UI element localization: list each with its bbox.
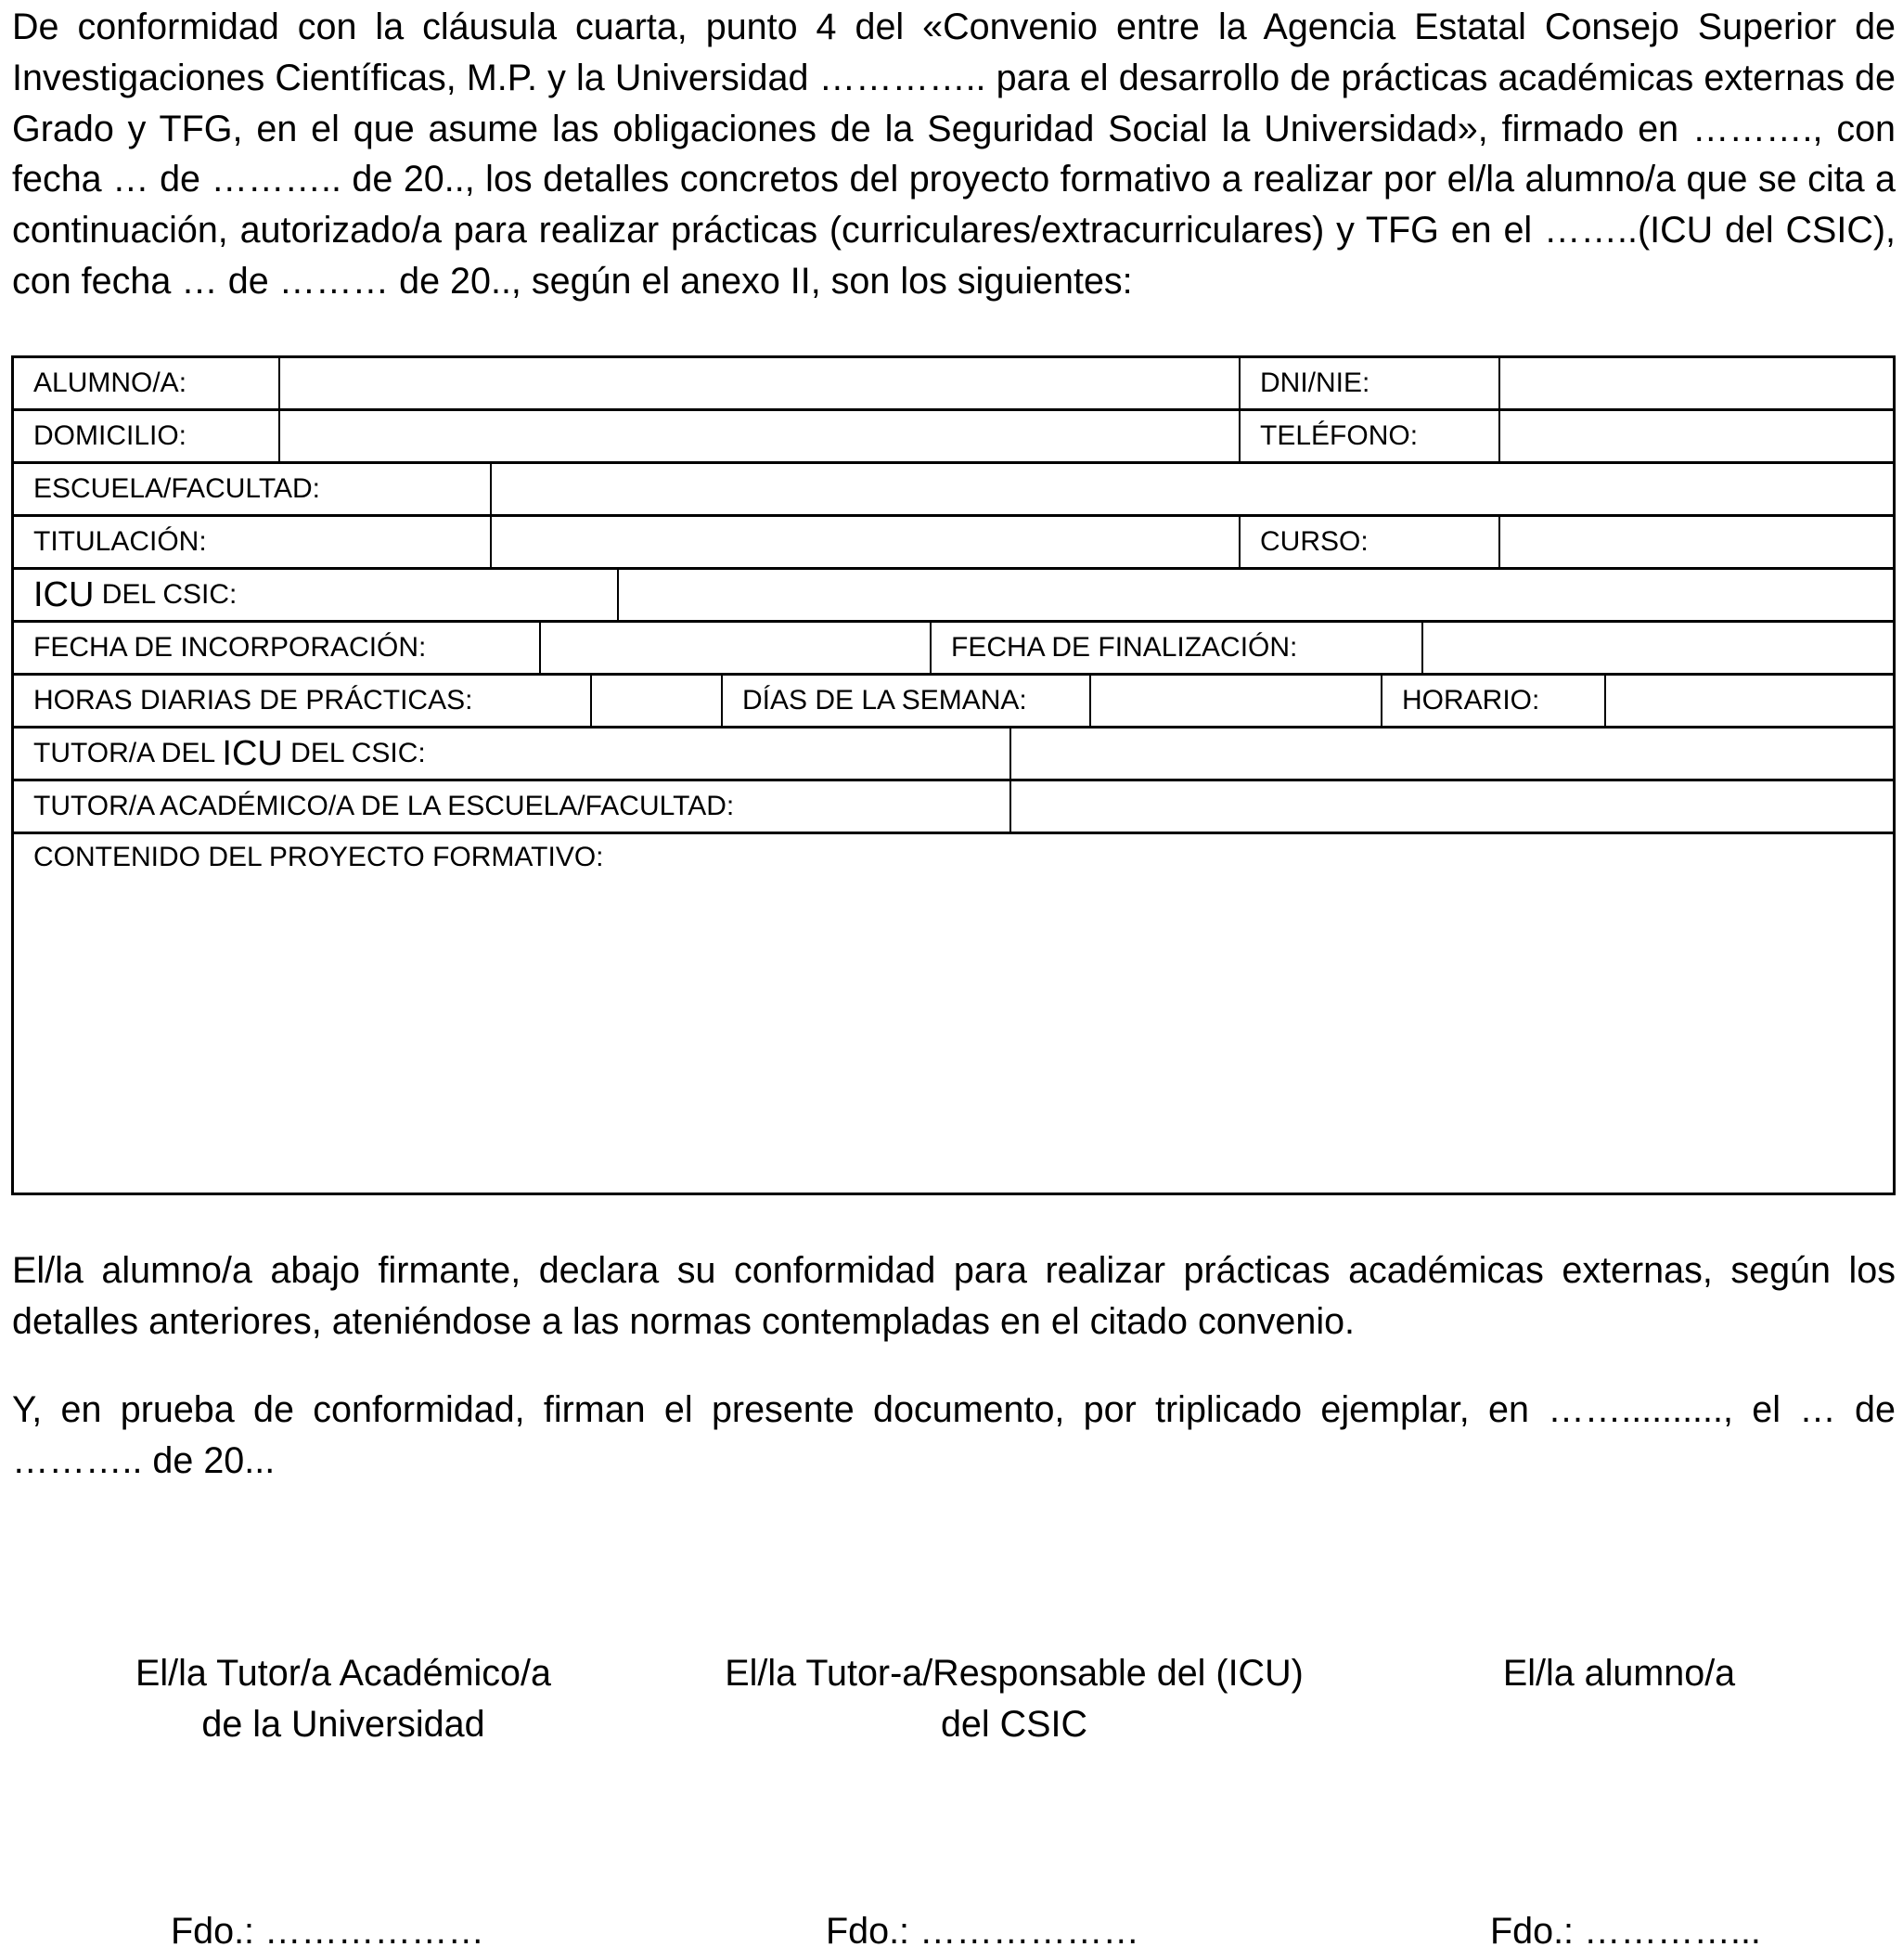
domicilio-field[interactable] <box>280 411 1241 464</box>
signing-paragraph: Y, en prueba de conformidad, firman el p… <box>12 1385 1896 1487</box>
curso-field[interactable] <box>1500 517 1893 570</box>
alumno-field[interactable] <box>280 358 1241 411</box>
signature-title-line2: del CSIC <box>680 1699 1348 1750</box>
horario-field[interactable] <box>1606 676 1893 729</box>
dni-field[interactable] <box>1500 358 1893 411</box>
fecha-incorporacion-label: FECHA DE INCORPORACIÓN: <box>14 623 541 676</box>
signature-line-academic-tutor[interactable]: Fdo.: ……………… <box>171 1906 484 1956</box>
domicilio-label: DOMICILIO: <box>14 411 280 464</box>
contenido-field[interactable]: CONTENIDO DEL PROYECTO FORMATIVO: <box>14 834 1893 1193</box>
conformity-paragraph: El/la alumno/a abajo firmante, declara s… <box>12 1245 1896 1347</box>
signature-title-line1: El/la Tutor/a Académico/a <box>93 1648 594 1699</box>
tutor-icu-label-acronym: ICU <box>222 734 282 774</box>
escuela-field[interactable] <box>492 464 1893 517</box>
tutor-academico-field[interactable] <box>1011 781 1893 834</box>
icu-label: ICU DEL CSIC: <box>14 570 619 623</box>
signature-title-student: El/la alumno/a <box>1447 1648 1791 1699</box>
signature-title-line1: El/la Tutor-a/Responsable del (ICU) <box>680 1648 1348 1699</box>
fecha-finalizacion-field[interactable] <box>1423 623 1893 676</box>
training-project-form: ALUMNO/A: DNI/NIE: DOMICILIO: TELÉFONO: … <box>11 355 1896 1195</box>
signature-title-csic-tutor: El/la Tutor-a/Responsable del (ICU) del … <box>680 1648 1348 1750</box>
titulacion-field[interactable] <box>492 517 1241 570</box>
curso-label: CURSO: <box>1241 517 1500 570</box>
dias-semana-field[interactable] <box>1091 676 1382 729</box>
icu-label-acronym: ICU <box>33 575 94 615</box>
signature-line-csic-tutor[interactable]: Fdo.: ……………… <box>826 1906 1139 1956</box>
horas-diarias-field[interactable] <box>592 676 723 729</box>
signature-title-academic-tutor: El/la Tutor/a Académico/a de la Universi… <box>93 1648 594 1750</box>
tutor-icu-label: TUTOR/A DEL ICU DEL CSIC: <box>14 729 1011 781</box>
telefono-label: TELÉFONO: <box>1241 411 1500 464</box>
tutor-icu-label-pre: TUTOR/A DEL <box>33 738 222 769</box>
horario-label: HORARIO: <box>1382 676 1606 729</box>
signature-title-line2: de la Universidad <box>93 1699 594 1750</box>
tutor-icu-field[interactable] <box>1011 729 1893 781</box>
fecha-finalizacion-label: FECHA DE FINALIZACIÓN: <box>932 623 1423 676</box>
intro-paragraph: De conformidad con la cláusula cuarta, p… <box>12 2 1896 307</box>
alumno-label: ALUMNO/A: <box>14 358 280 411</box>
icu-field[interactable] <box>619 570 1893 623</box>
titulacion-label: TITULACIÓN: <box>14 517 492 570</box>
contenido-label: CONTENIDO DEL PROYECTO FORMATIVO: <box>33 842 604 873</box>
horas-diarias-label: HORAS DIARIAS DE PRÁCTICAS: <box>14 676 592 729</box>
tutor-icu-label-post: DEL CSIC: <box>283 738 426 769</box>
fecha-incorporacion-field[interactable] <box>541 623 932 676</box>
icu-label-rest: DEL CSIC: <box>94 579 237 611</box>
escuela-label: ESCUELA/FACULTAD: <box>14 464 492 517</box>
dni-label: DNI/NIE: <box>1241 358 1500 411</box>
telefono-field[interactable] <box>1500 411 1893 464</box>
signature-line-student[interactable]: Fdo.: …………... <box>1490 1906 1761 1956</box>
tutor-academico-label: TUTOR/A ACADÉMICO/A DE LA ESCUELA/FACULT… <box>14 781 1011 834</box>
dias-semana-label: DÍAS DE LA SEMANA: <box>723 676 1091 729</box>
signature-title-line1: El/la alumno/a <box>1447 1648 1791 1699</box>
